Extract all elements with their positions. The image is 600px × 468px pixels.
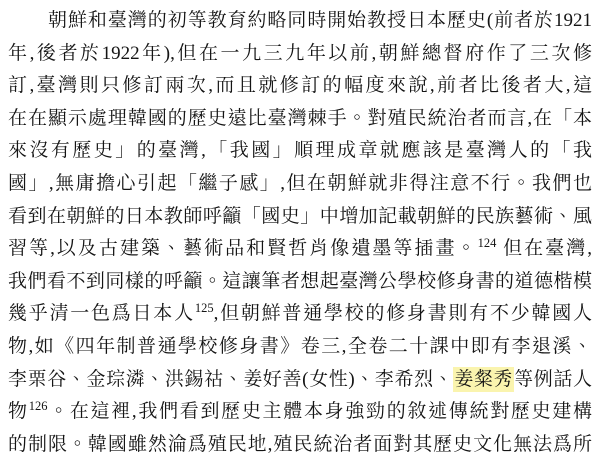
text-line: 在在顯示處理韓國的歷史遠比臺灣棘手。對殖民統治者而言,在「本 xyxy=(8,103,592,136)
text-line: 的制限。韓國雖然淪爲殖民地,殖民統治者面對其歷史文化無法爲所 xyxy=(8,429,592,462)
text-segment: 等例話人 xyxy=(514,369,592,390)
text-line: 幾乎清一色爲日本人125,但朝鮮普通學校的修身書則有不少韓國人 xyxy=(8,298,592,331)
text-segment: 幾乎清一色爲日本人 xyxy=(8,303,195,324)
text-segment: 訂,臺灣則只修訂兩次,而且就修訂的幅度來說,前者比後者大,這 xyxy=(8,75,592,96)
paragraph: 朝鮮和臺灣的初等教育約略同時開始教授日本歷史(前者於1921年,後者於1922年… xyxy=(8,5,592,461)
text-segment: 但在臺灣, xyxy=(496,238,592,259)
footnote-ref: 126 xyxy=(29,399,48,413)
document-page: 朝鮮和臺灣的初等教育約略同時開始教授日本歷史(前者於1921年,後者於1922年… xyxy=(0,0,600,468)
text-segment: 。在這裡,我們看到歷史主體本身強勁的敘述傳統對歷史建構 xyxy=(47,401,592,422)
text-line: 物,如《四年制普通學校修身書》卷三,全卷二十課中即有李退溪、 xyxy=(8,331,592,364)
highlighted-term: 姜粲秀 xyxy=(453,367,514,392)
text-line: 我們看不到同樣的呼籲。這讓筆者想起臺灣公學校修身書的道德楷模 xyxy=(8,266,592,299)
text-line: 國」,無庸擔心引起「繼子感」,但在朝鮮就非得注意不行。我們也 xyxy=(8,168,592,201)
text-segment: 看到在朝鮮的日本教師呼籲「國史」中增加記載朝鮮的民族藝術、風 xyxy=(8,206,592,227)
footnote-ref: 124 xyxy=(478,236,497,250)
text-segment: 朝鮮和臺灣的初等教育約略同時開始教授日本歷史(前者於1921 xyxy=(48,10,592,31)
footnote-ref: 125 xyxy=(195,301,214,315)
text-line: 李栗谷、金琮潾、洪錫祜、姜好善(女性)、李希烈、姜粲秀等例話人 xyxy=(8,364,592,397)
text-segment: 在在顯示處理韓國的歷史遠比臺灣棘手。對殖民統治者而言,在「本 xyxy=(8,108,592,129)
text-segment: 來沒有歷史」的臺灣,「我國」順理成章就應該是臺灣人的「我 xyxy=(8,140,592,161)
text-line: 物126。在這裡,我們看到歷史主體本身強勁的敘述傳統對歷史建構 xyxy=(8,396,592,429)
text-line: 訂,臺灣則只修訂兩次,而且就修訂的幅度來說,前者比後者大,這 xyxy=(8,70,592,103)
text-line: 年,後者於1922年),但在一九三九年以前,朝鮮總督府作了三次修 xyxy=(8,38,592,71)
text-segment: ,但朝鮮普通學校的修身書則有不少韓國人 xyxy=(214,303,592,324)
text-segment: 我們看不到同樣的呼籲。這讓筆者想起臺灣公學校修身書的道德楷模 xyxy=(8,271,592,292)
text-segment: 李栗谷、金琮潾、洪錫祜、姜好善(女性)、李希烈、 xyxy=(8,369,453,390)
text-segment: 習等,以及古建築、藝術品和賢哲肖像遺墨等插畫。 xyxy=(8,238,478,259)
text-line: 朝鮮和臺灣的初等教育約略同時開始教授日本歷史(前者於1921 xyxy=(8,5,592,38)
text-segment: 物,如《四年制普通學校修身書》卷三,全卷二十課中即有李退溪、 xyxy=(8,336,592,357)
text-line: 看到在朝鮮的日本教師呼籲「國史」中增加記載朝鮮的民族藝術、風 xyxy=(8,201,592,234)
text-line: 習等,以及古建築、藝術品和賢哲肖像遺墨等插畫。124 但在臺灣, xyxy=(8,233,592,266)
text-segment: 物 xyxy=(8,401,29,422)
text-segment: 年,後者於1922年),但在一九三九年以前,朝鮮總督府作了三次修 xyxy=(8,43,592,64)
text-line: 來沒有歷史」的臺灣,「我國」順理成章就應該是臺灣人的「我 xyxy=(8,135,592,168)
text-segment: 國」,無庸擔心引起「繼子感」,但在朝鮮就非得注意不行。我們也 xyxy=(8,173,592,194)
text-segment: 的制限。韓國雖然淪爲殖民地,殖民統治者面對其歷史文化無法爲所 xyxy=(8,434,592,455)
